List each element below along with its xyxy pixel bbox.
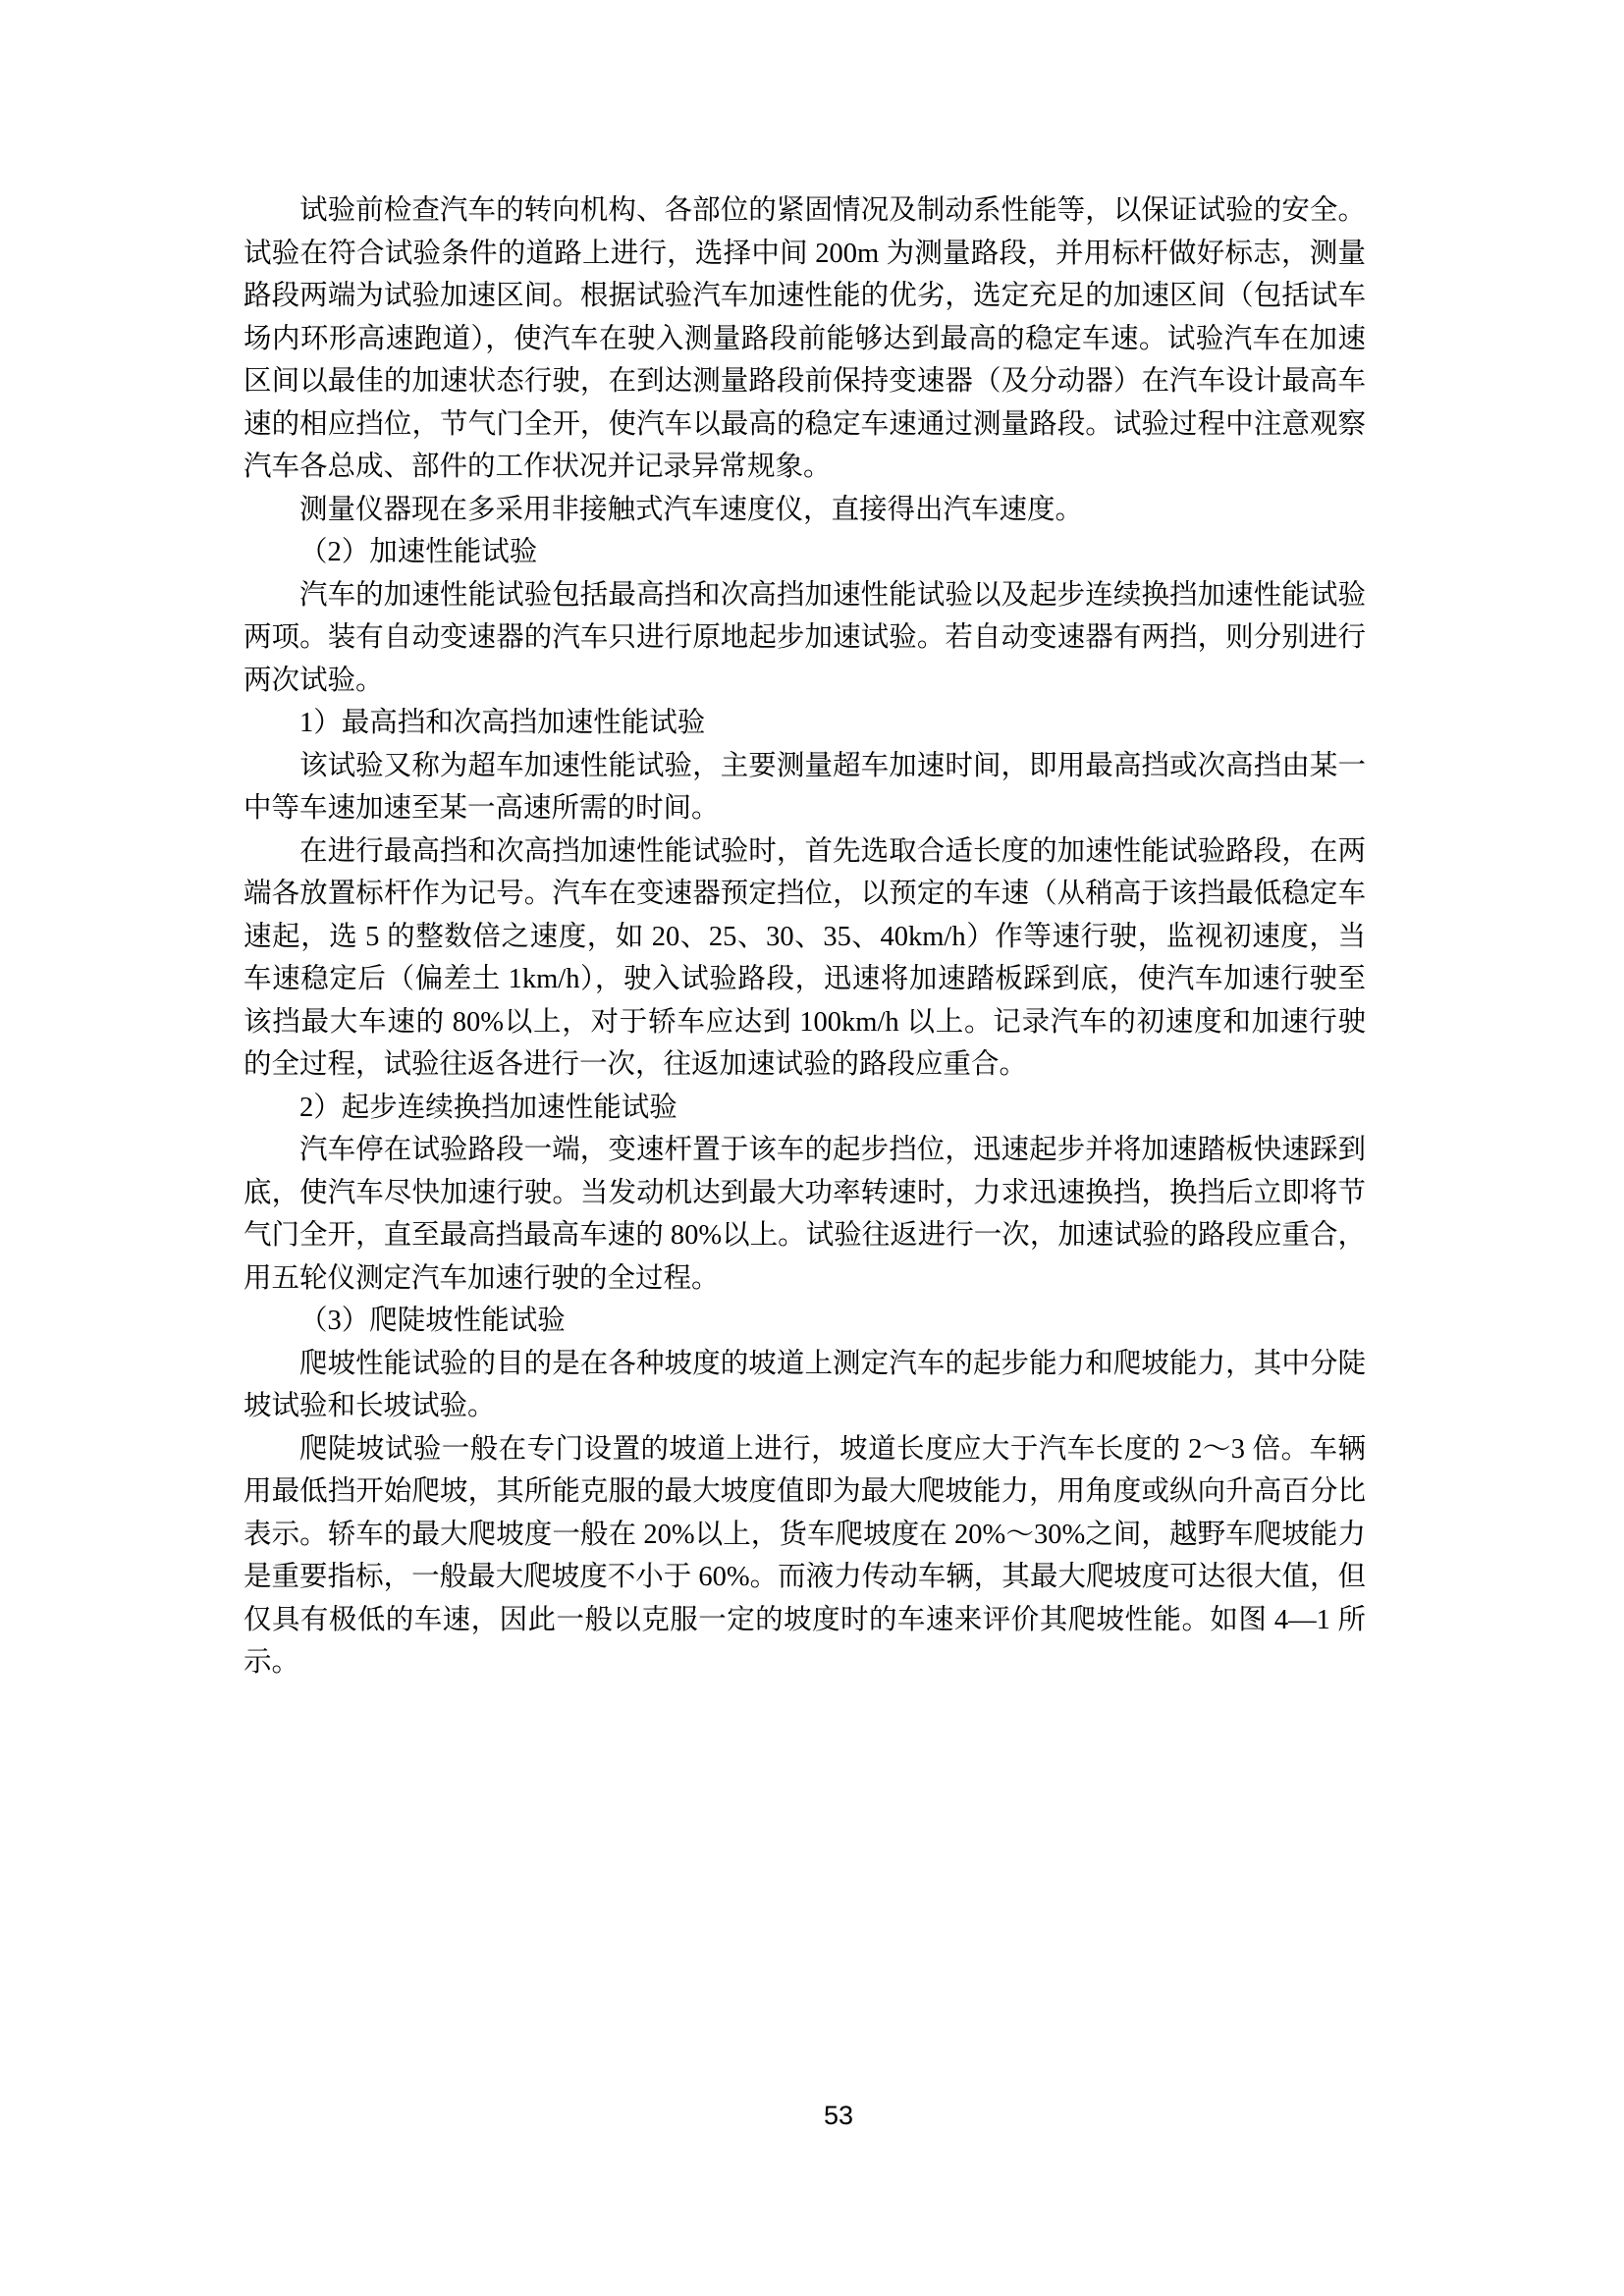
paragraph-overtaking-acceleration-definition: 该试验又称为超车加速性能试验，主要测量超车加速时间，即用最高挡或次高挡由某一中等…	[244, 745, 1366, 830]
paragraph-pretest-check-and-max-speed-procedure: 试验前检查汽车的转向机构、各部位的紧固情况及制动系性能等，以保证试验的安全。试验…	[244, 189, 1366, 489]
document-page: 试验前检查汽车的转向机构、各部位的紧固情况及制动系性能等，以保证试验的安全。试验…	[0, 0, 1624, 2296]
heading-acceleration-performance-test: （2）加速性能试验	[244, 531, 1366, 574]
paragraph-measuring-instrument: 测量仪器现在多采用非接触式汽车速度仪，直接得出汽车速度。	[244, 489, 1366, 532]
paragraph-standing-start-test-procedure: 汽车停在试验路段一端，变速杆置于该车的起步挡位，迅速起步并将加速踏板快速踩到底，…	[244, 1129, 1366, 1300]
subheading-top-gear-acceleration-test: 1）最高挡和次高挡加速性能试验	[244, 702, 1366, 745]
text-body: 试验前检查汽车的转向机构、各部位的紧固情况及制动系性能等，以保证试验的安全。试验…	[244, 189, 1366, 1684]
paragraph-acceleration-test-overview: 汽车的加速性能试验包括最高挡和次高挡加速性能试验以及起步连续换挡加速性能试验两项…	[244, 574, 1366, 703]
paragraph-top-gear-test-procedure: 在进行最高挡和次高挡加速性能试验时，首先选取合适长度的加速性能试验路段，在两端各…	[244, 830, 1366, 1087]
page-number: 53	[27, 2101, 1624, 2130]
paragraph-steep-slope-test-procedure: 爬陡坡试验一般在专门设置的坡道上进行，坡道长度应大于汽车长度的 2～3 倍。车辆…	[244, 1428, 1366, 1684]
subheading-standing-start-shift-test: 2）起步连续换挡加速性能试验	[244, 1087, 1366, 1130]
paragraph-hill-climbing-purpose: 爬坡性能试验的目的是在各种坡度的坡道上测定汽车的起步能力和爬坡能力，其中分陡坡试…	[244, 1343, 1366, 1428]
heading-hill-climbing-test: （3）爬陡坡性能试验	[244, 1300, 1366, 1343]
